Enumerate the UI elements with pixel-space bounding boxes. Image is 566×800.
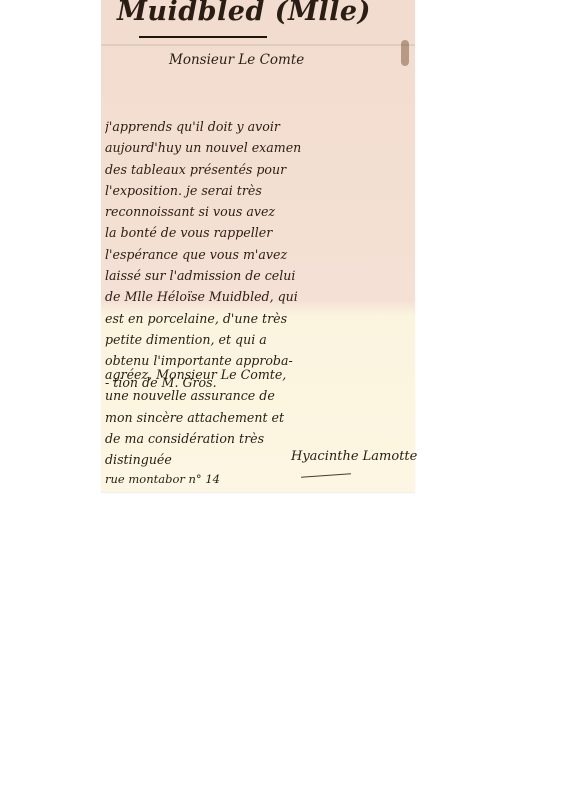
signature: Hyacinthe Lamotte xyxy=(291,449,417,464)
body-line: laissé sur l'admission de celui xyxy=(105,265,411,286)
body-line: est en porcelaine, d'une très xyxy=(105,308,411,329)
sender-address: rue montabor n° 14 xyxy=(105,472,220,486)
body-line: reconnoissant si vous avez xyxy=(105,201,411,222)
title-underline xyxy=(139,36,267,38)
letter-page: Muidbled (Mlle) Monsieur Le Comte j'appr… xyxy=(101,0,415,492)
paper-fold xyxy=(101,44,415,46)
body-line: l'exposition. je serai très xyxy=(105,180,411,201)
body-line: j'apprends qu'il doit y avoir xyxy=(105,116,411,137)
letter-title: Muidbled (Mlle) xyxy=(117,0,371,27)
signature-flourish xyxy=(301,473,351,477)
body-line: la bonté de vous rappeller xyxy=(105,222,411,243)
letter-body: j'apprends qu'il doit y avoir aujourd'hu… xyxy=(105,116,411,393)
body-line: petite dimention, et qui a xyxy=(105,329,411,350)
closing-line: une nouvelle assurance de xyxy=(105,385,411,406)
body-line: des tableaux présentés pour xyxy=(105,159,411,180)
body-line: aujourd'huy un nouvel examen xyxy=(105,137,411,158)
ink-stain xyxy=(401,40,409,66)
closing-line: de ma considération très xyxy=(105,428,411,449)
body-line: de Mlle Héloïse Muidbled, qui xyxy=(105,286,411,307)
closing-line: mon sincère attachement et xyxy=(105,407,411,428)
salutation: Monsieur Le Comte xyxy=(169,52,304,68)
closing-line: agréez, Monsieur Le Comte, xyxy=(105,364,411,385)
body-line: l'espérance que vous m'avez xyxy=(105,244,411,265)
